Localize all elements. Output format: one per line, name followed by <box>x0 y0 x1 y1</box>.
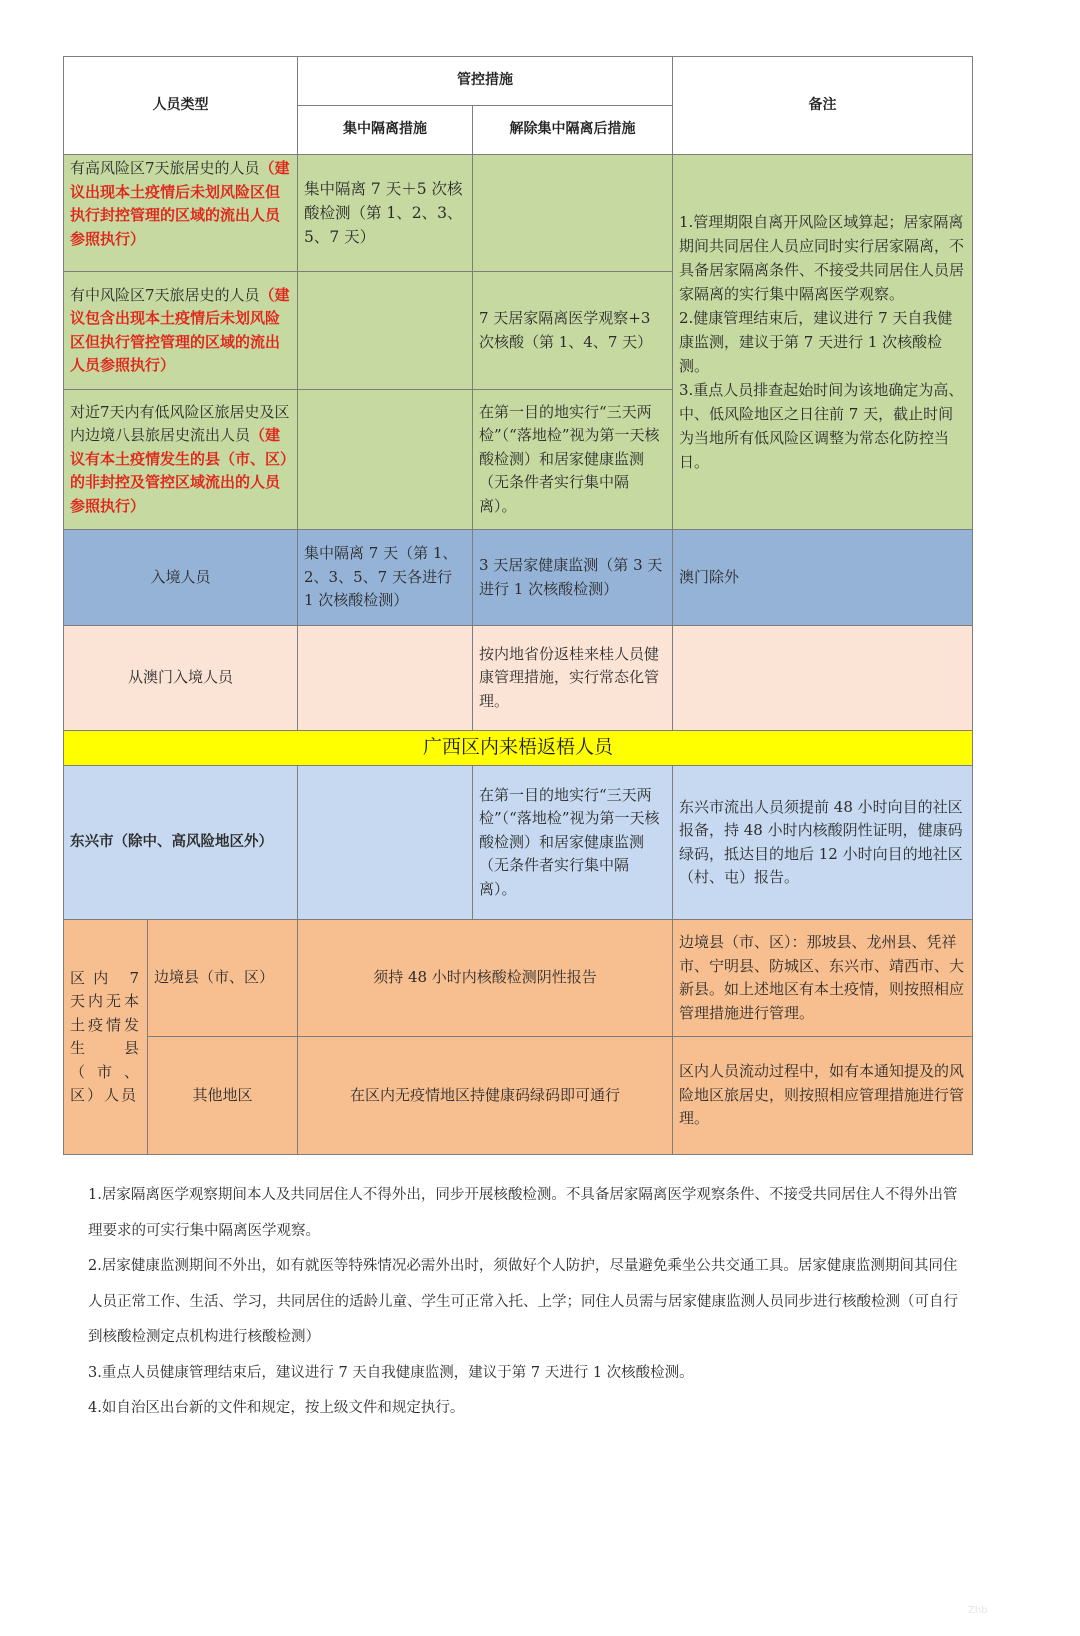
after-isolation-cell: 在第一目的地实行“三天两检”（“落地检”视为第一天核酸检测）和居家健康监测（无条… <box>473 390 673 530</box>
footnote-1: 1.居家隔离医学观察期间本人及共同居住人不得外出，同步开展核酸检测。不具备居家隔… <box>88 1178 958 1249</box>
isolation-cell <box>298 272 473 390</box>
remarks-cell: 澳门除外 <box>673 530 973 626</box>
after-isolation-cell: 3 天居家健康监测（第 3 天进行 1 次核酸检测） <box>473 530 673 626</box>
isolation-cell <box>298 766 473 920</box>
document-page: 人员类型 管控措施 备注 集中隔离措施 解除集中隔离后措施 有高风险区7天旅居史… <box>0 0 1080 1636</box>
header-control-measures: 管控措施 <box>298 57 673 106</box>
remarks-cell: 边境县（市、区）：那坡县、龙州县、凭祥市、宁明县、防城区、东兴市、靖西市、大新县… <box>673 920 973 1037</box>
remarks-cell <box>673 626 973 731</box>
table-row-dongxing: 东兴市（除中、高风险地区外） 在第一目的地实行“三天两检”（“落地检”视为第一天… <box>64 766 973 920</box>
control-measures-table: 人员类型 管控措施 备注 集中隔离措施 解除集中隔离后措施 有高风险区7天旅居史… <box>63 56 973 1155</box>
person-type-cell: 对近7天内有低风险区旅居史及区内边境八县旅居史流出人员（建议有本土疫情发生的县（… <box>64 390 298 530</box>
header-after-isolation: 解除集中隔离后措施 <box>473 106 673 155</box>
after-isolation-cell: 在第一目的地实行“三天两检”（“落地检”视为第一天核酸检测）和居家健康监测（无条… <box>473 766 673 920</box>
header-centralized-isolation: 集中隔离措施 <box>298 106 473 155</box>
after-isolation-cell <box>473 155 673 272</box>
table-row-other-areas: 其他地区 在区内无疫情地区持健康码绿码即可通行 区内人员流动过程中，如有本通知提… <box>64 1037 973 1155</box>
person-type-cell: 入境人员 <box>64 530 298 626</box>
section-title: 广西区内来梧返梧人员 <box>64 731 973 766</box>
isolation-cell: 集中隔离 7 天＋5 次核酸检测（第 1、2、3、5、7 天） <box>298 155 473 272</box>
remarks-cell: 区内人员流动过程中，如有本通知提及的风险地区旅居史，则按照相应管理措施进行管理。 <box>673 1037 973 1155</box>
header-person-type: 人员类型 <box>64 57 298 155</box>
remarks-cell-green: 1.管理期限自离开风险区域算起；居家隔离期间共同居住人员应同时实行居家隔离，不具… <box>673 155 973 530</box>
remark-1: 1.管理期限自离开风险区域算起；居家隔离期间共同居住人员应同时实行居家隔离，不具… <box>679 210 966 306</box>
isolation-cell <box>298 390 473 530</box>
after-isolation-cell: 按内地省份返桂来桂人员健康管理措施，实行常态化管理。 <box>473 626 673 731</box>
footnote-4: 4.如自治区出台新的文件和规定，按上级文件和规定执行。 <box>88 1391 958 1427</box>
local-group-label: 区内 7 天内无本土疫情发生县（市、区）人员 <box>64 920 148 1155</box>
table-row-inbound: 入境人员 集中隔离 7 天（第 1、2、3、5、7 天各进行 1 次核酸检测） … <box>64 530 973 626</box>
footnotes: 1.居家隔离医学观察期间本人及共同居住人不得外出，同步开展核酸检测。不具备居家隔… <box>88 1178 958 1427</box>
remark-3: 3.重点人员排查起始时间为该地确定为高、中、低风险地区之日往前 7 天，截止时间… <box>679 378 966 474</box>
isolation-text: 集中隔离 7 天＋5 次核酸检测（第 1、2、3、5、7 天） <box>304 180 463 246</box>
person-type-cell: 东兴市（除中、高风险地区外） <box>64 766 298 920</box>
table-row-high-risk: 有高风险区7天旅居史的人员（建议出现本土疫情后未划风险区但执行封控管理的区域的流… <box>64 155 973 272</box>
table-row-border-counties: 区内 7 天内无本土疫情发生县（市、区）人员 边境县（市、区） 须持 48 小时… <box>64 920 973 1037</box>
footnote-2: 2.居家健康监测期间不外出，如有就医等特殊情况必需外出时，须做好个人防护，尽量避… <box>88 1249 958 1356</box>
isolation-cell: 集中隔离 7 天（第 1、2、3、5、7 天各进行 1 次核酸检测） <box>298 530 473 626</box>
footnote-3: 3.重点人员健康管理结束后，建议进行 7 天自我健康监测，建议于第 7 天进行 … <box>88 1356 958 1392</box>
header-remarks: 备注 <box>673 57 973 155</box>
after-isolation-cell: 7 天居家隔离医学观察+3 次核酸（第 1、4、7 天） <box>473 272 673 390</box>
person-type-cell: 有中风险区7天旅居史的人员（建议包含出现本土疫情后未划风险区但执行管控管理的区域… <box>64 272 298 390</box>
measure-cell: 须持 48 小时内核酸检测阴性报告 <box>298 920 673 1037</box>
header-row: 人员类型 管控措施 备注 <box>64 57 973 106</box>
person-type-cell: 边境县（市、区） <box>148 920 298 1037</box>
watermark: Zhb <box>968 1605 988 1616</box>
remark-2: 2.健康管理结束后，建议进行 7 天自我健康监测，建议于第 7 天进行 1 次核… <box>679 306 966 378</box>
measure-cell: 在区内无疫情地区持健康码绿码即可通行 <box>298 1037 673 1155</box>
person-type-cell: 有高风险区7天旅居史的人员（建议出现本土疫情后未划风险区但执行封控管理的区域的流… <box>64 155 298 272</box>
section-title-row: 广西区内来梧返梧人员 <box>64 731 973 766</box>
person-type-text: 有高风险区7天旅居史的人员 <box>70 159 260 177</box>
table-row-macau: 从澳门入境人员 按内地省份返桂来桂人员健康管理措施，实行常态化管理。 <box>64 626 973 731</box>
remarks-cell: 东兴市流出人员须提前 48 小时向目的社区报备，持 48 小时内核酸阴性证明，健… <box>673 766 973 920</box>
person-type-text: 有中风险区7天旅居史的人员 <box>70 286 260 304</box>
person-type-cell: 从澳门入境人员 <box>64 626 298 731</box>
isolation-cell <box>298 626 473 731</box>
person-type-cell: 其他地区 <box>148 1037 298 1155</box>
